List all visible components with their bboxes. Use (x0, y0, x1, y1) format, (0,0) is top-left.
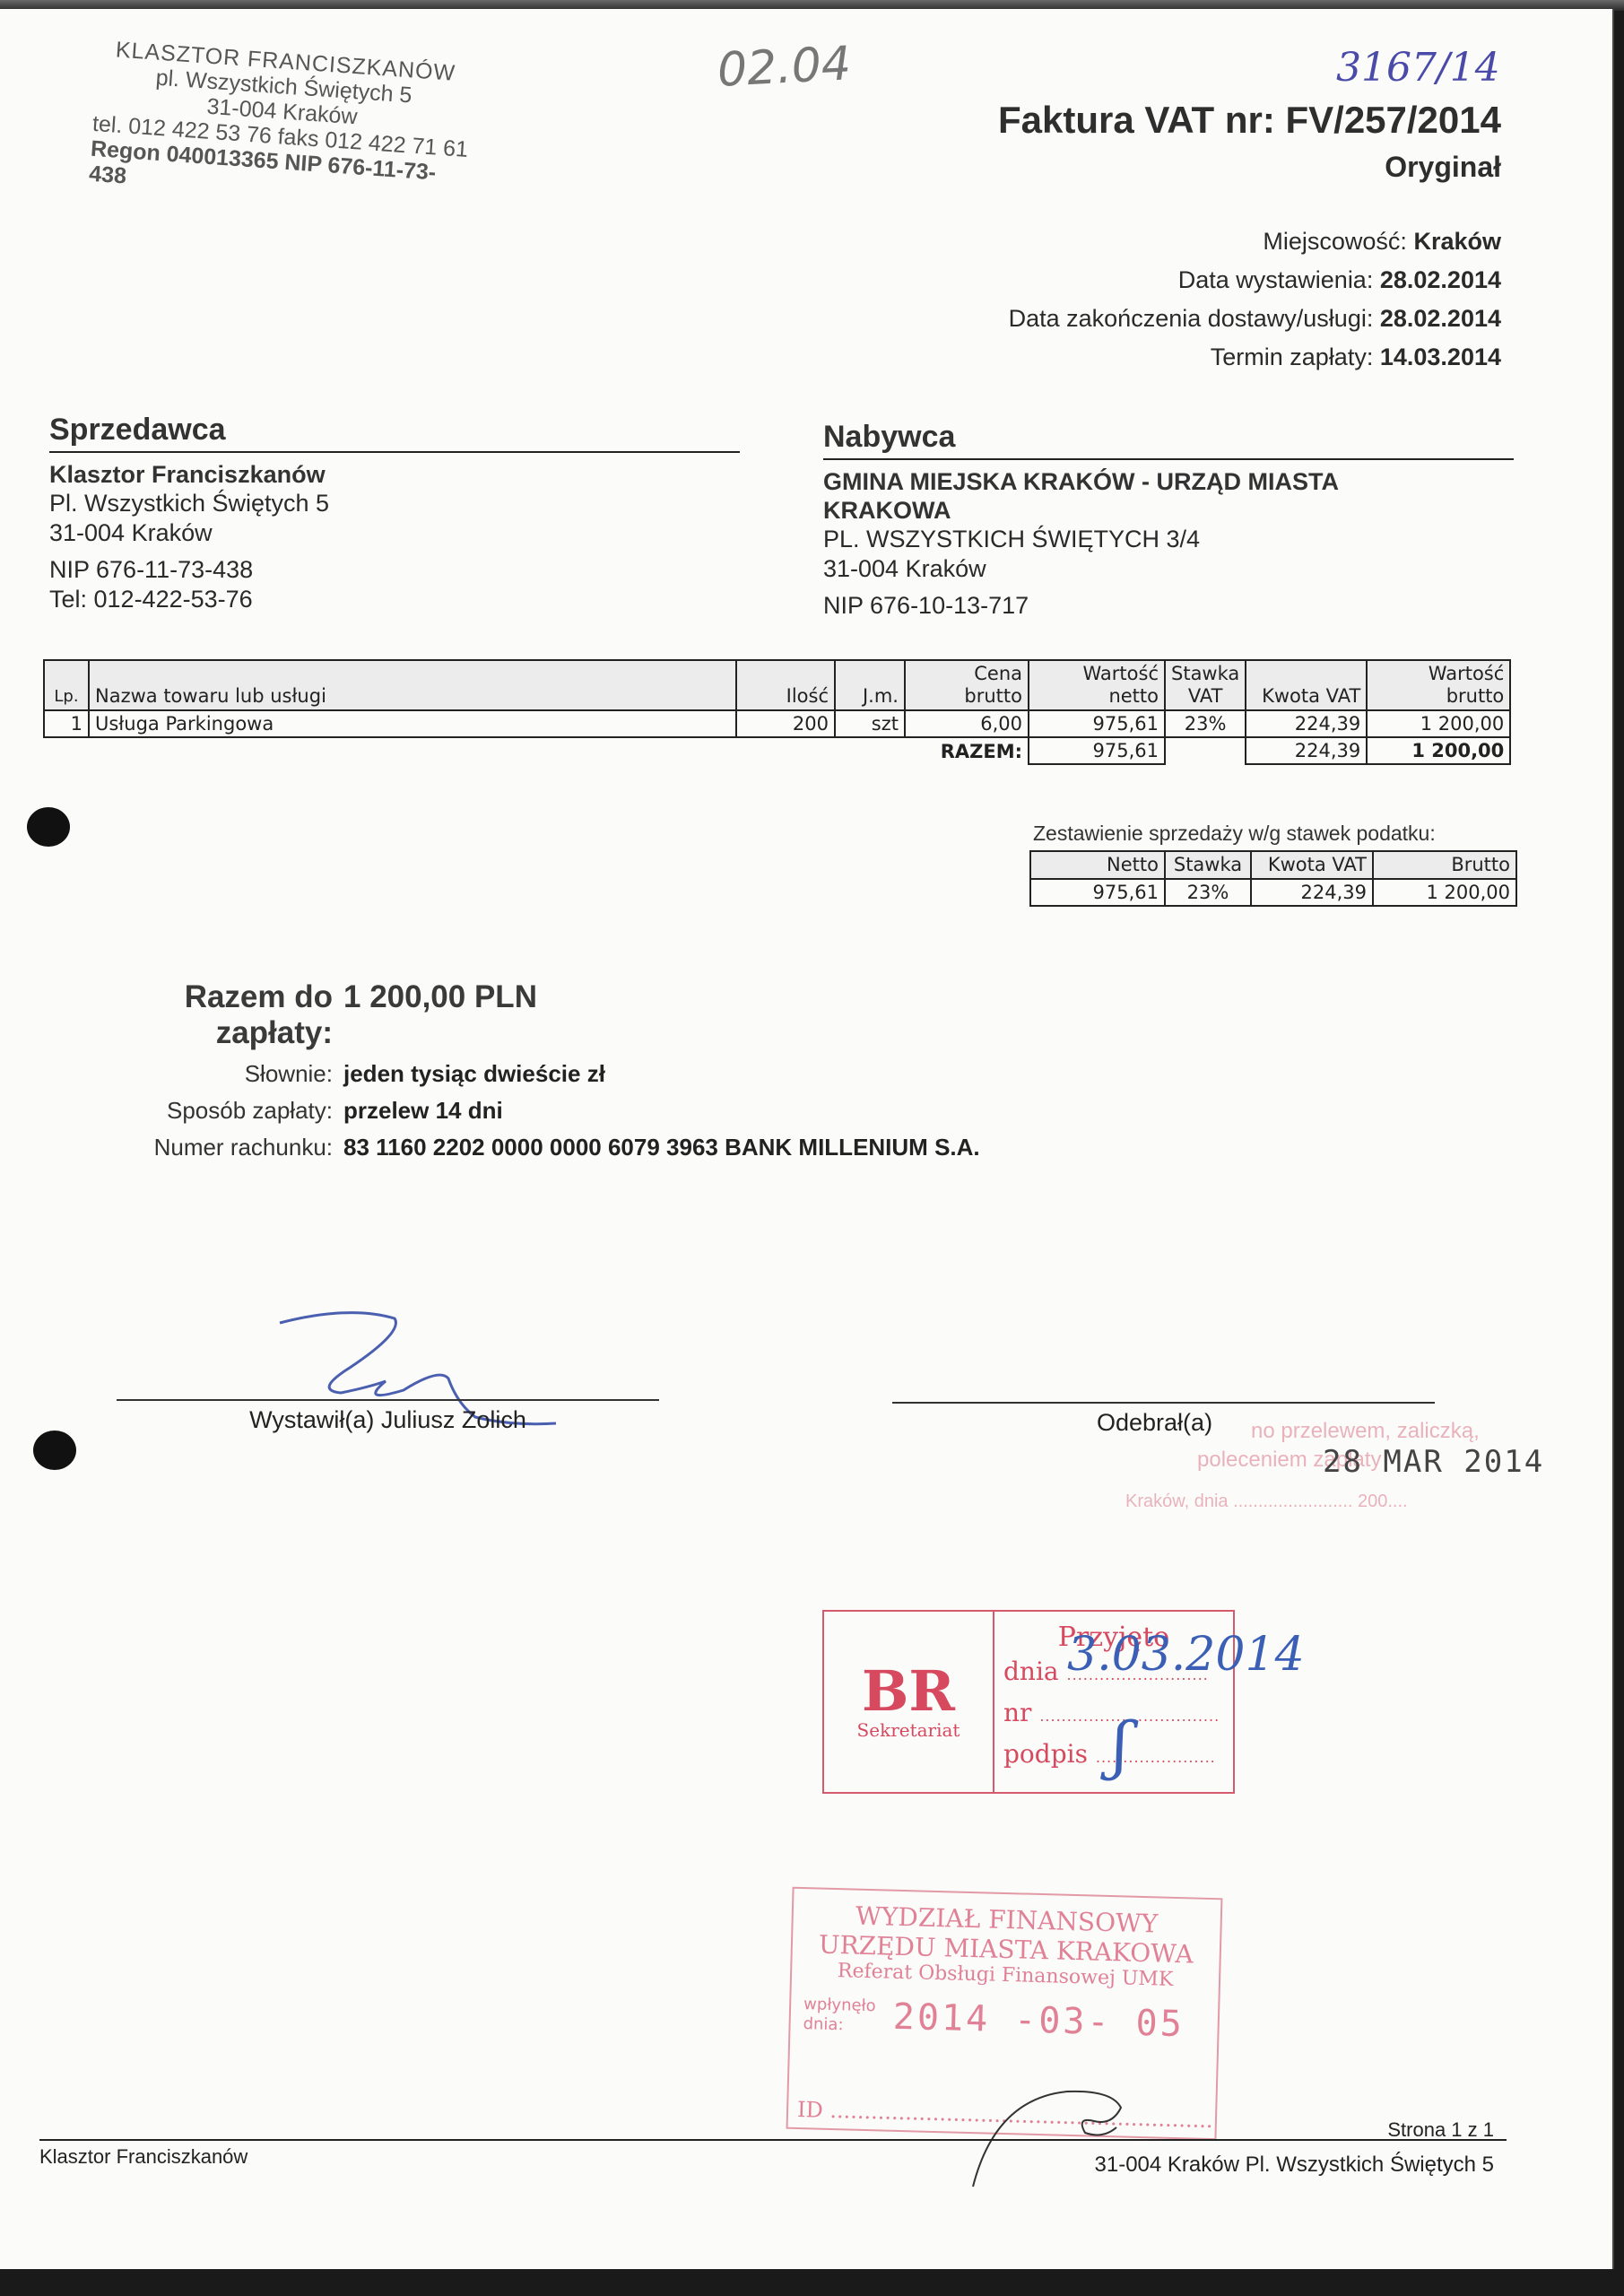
col-header: Brutto (1373, 851, 1516, 879)
total-netto: 975,61 (1029, 737, 1165, 764)
cell-qty: 200 (736, 710, 835, 737)
seller-nip: NIP 676-11-73-438 (49, 555, 740, 585)
handwritten-received-date: 3.03.2014 (1067, 1628, 1305, 1682)
col-header: Stawka VAT (1165, 660, 1246, 710)
punch-hole (27, 807, 70, 847)
invoice-page: KLASZTOR FRANCISZKANÓW pl. Wszystkich Św… (0, 9, 1614, 2269)
col-header: Cena brutto (905, 660, 1029, 710)
seller-section: Sprzedawca Klasztor Franciszkanów Pl. Ws… (49, 413, 740, 614)
received-date-stamp: 28 MAR 2014 (1323, 1444, 1544, 1480)
issuer-signature-block: Wystawił(a) Juliusz Zolich (117, 1399, 659, 1434)
cell-netto: 975,61 (1030, 879, 1165, 906)
col-header: Netto (1030, 851, 1165, 879)
col-header: Lp. (44, 660, 89, 710)
handwritten-date-note: 02.04 (716, 37, 853, 98)
col-header: Stawka (1165, 851, 1251, 879)
seller-city: 31-004 Kraków (49, 518, 740, 548)
payment-section: Razem do zapłaty: 1 200,00 PLN Słownie: … (61, 979, 980, 1170)
col-header: Nazwa towaru lub usługi (89, 660, 736, 710)
buyer-section: Nabywca GMINA MIEJSKA KRAKÓW - URZĄD MIA… (823, 420, 1514, 621)
issued-by-label: Wystawił(a) Juliusz Zolich (117, 1406, 659, 1434)
seller-address: Pl. Wszystkich Świętych 5 (49, 489, 740, 518)
handwritten-initials: ʃ (1112, 1709, 1129, 1782)
meta-row: Data wystawienia: 28.02.2014 (1009, 261, 1501, 300)
invoice-copy-type: Oryginał (1385, 151, 1501, 184)
total-label: RAZEM: (905, 737, 1029, 764)
cell-rate: 23% (1165, 879, 1251, 906)
cell-brutto: 1 200,00 (1373, 879, 1516, 906)
punch-hole (33, 1431, 76, 1470)
buyer-name: GMINA MIEJSKA KRAKÓW - URZĄD MIASTA KRAK… (823, 467, 1451, 525)
table-row: 975,61 23% 224,39 1 200,00 (1030, 879, 1516, 906)
meta-row: Miejscowość: Kraków (1009, 222, 1501, 261)
meta-row: Data zakończenia dostawy/usługi: 28.02.2… (1009, 300, 1501, 338)
seller-tel: Tel: 012-422-53-76 (49, 585, 740, 614)
invoice-meta: Miejscowość: Kraków Data wystawienia: 28… (1009, 222, 1501, 377)
items-table: Lp. Nazwa towaru lub usługi Ilość J.m. C… (43, 659, 1511, 765)
col-header: Ilość (736, 660, 835, 710)
cell-name: Usługa Parkingowa (89, 710, 736, 737)
payment-method-row: Sposób zapłaty: przelew 14 dni (61, 1097, 980, 1125)
cell-vat-rate: 23% (1165, 710, 1246, 737)
meta-row: Termin zapłaty: 14.03.2014 (1009, 338, 1501, 377)
cell-price: 6,00 (905, 710, 1029, 737)
cell-vat: 224,39 (1251, 879, 1373, 906)
col-header: Wartość brutto (1367, 660, 1510, 710)
footer-address: 31-004 Kraków Pl. Wszystkich Świętych 5 (1095, 2152, 1495, 2178)
cell-vat-amount: 224,39 (1246, 710, 1367, 737)
total-row: RAZEM: 975,61 224,39 1 200,00 (44, 737, 1510, 764)
payment-total-row: Razem do zapłaty: 1 200,00 PLN (61, 979, 980, 1051)
items-header-row: Lp. Nazwa towaru lub usługi Ilość J.m. C… (44, 660, 1510, 710)
invoice-title: Faktura VAT nr: FV/257/2014 (998, 99, 1501, 142)
buyer-city: 31-004 Kraków (823, 554, 1514, 584)
payment-words-row: Słownie: jeden tysiąc dwieście zł (61, 1060, 980, 1088)
buyer-nip: NIP 676-10-13-717 (823, 591, 1514, 621)
cell-netto: 975,61 (1029, 710, 1165, 737)
col-header: Wartość netto (1029, 660, 1165, 710)
buyer-address: PL. WSZYSTKICH ŚWIĘTYCH 3/4 (823, 525, 1514, 554)
vat-summary-table: Netto Stawka Kwota VAT Brutto 975,61 23%… (1029, 850, 1517, 907)
handwritten-reg-number: 3167/14 (1336, 45, 1500, 91)
cell-brutto: 1 200,00 (1367, 710, 1510, 737)
cell-unit: szt (835, 710, 905, 737)
buyer-heading: Nabywca (823, 420, 1514, 460)
seller-rubber-stamp: KLASZTOR FRANCISZKANÓW pl. Wszystkich Św… (88, 36, 474, 213)
total-brutto: 1 200,00 (1367, 737, 1510, 764)
col-header: J.m. (835, 660, 905, 710)
total-vat: 224,39 (1246, 737, 1367, 764)
footer-company: Klasztor Franciszkanów (39, 2145, 248, 2169)
col-header: Kwota VAT (1246, 660, 1367, 710)
table-row: 1 Usługa Parkingowa 200 szt 6,00 975,61 … (44, 710, 1510, 737)
seller-name: Klasztor Franciszkanów (49, 460, 740, 489)
col-header: Kwota VAT (1251, 851, 1373, 879)
seller-heading: Sprzedawca (49, 413, 740, 453)
vat-summary-label: Zestawienie sprzedaży w/g stawek podatku… (1033, 822, 1436, 846)
cell-lp: 1 (44, 710, 89, 737)
footer-divider (39, 2139, 1507, 2141)
payment-account-row: Numer rachunku: 83 1160 2202 0000 0000 6… (61, 1134, 980, 1161)
